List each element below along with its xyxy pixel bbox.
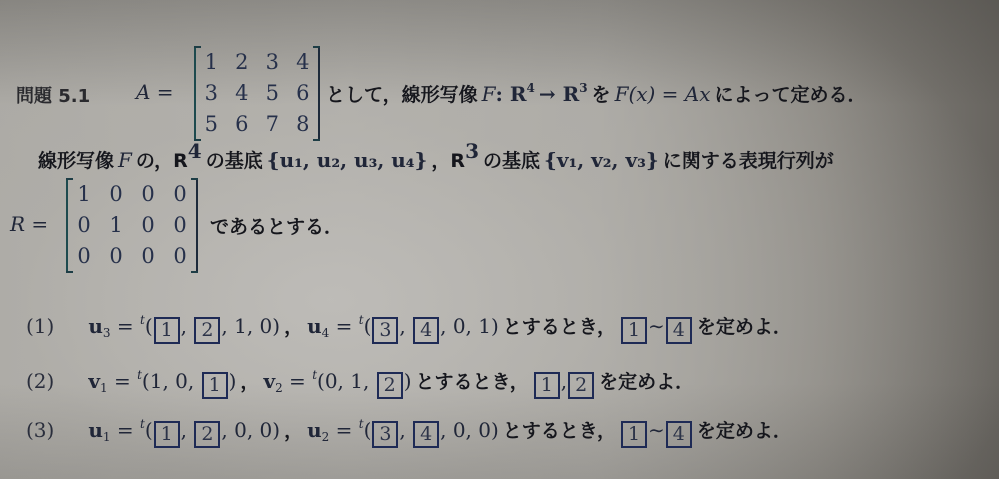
matrix-cell: 1 bbox=[68, 179, 100, 210]
vector-v1: v1 = t(1, 0, 1) bbox=[88, 369, 236, 393]
matrix-cell: 0 bbox=[164, 241, 196, 272]
answer-box-2[interactable]: 2 bbox=[377, 372, 403, 399]
matrix-cell: 6 bbox=[227, 109, 258, 140]
matrix-cell: 3 bbox=[257, 47, 288, 78]
matrix-cell: 0 bbox=[100, 241, 132, 272]
text-when: とするとき， bbox=[503, 420, 616, 442]
map-definition: F(x) = Ax bbox=[615, 82, 711, 106]
matrix-a-label: A = bbox=[136, 80, 174, 104]
basis-v: {v₁, v₂, v₃} bbox=[544, 148, 659, 172]
range-box-from: 1 bbox=[534, 372, 560, 399]
text-representation-matrix: に関する表現行列が bbox=[663, 150, 834, 172]
item-label: (3) bbox=[26, 418, 54, 442]
problem-heading: 問題 5.1 bbox=[16, 82, 90, 108]
matrix-cell: 2 bbox=[227, 47, 258, 78]
answer-box-3[interactable]: 3 bbox=[372, 317, 398, 344]
text-of-r4: の，R4 bbox=[136, 150, 202, 172]
answer-box-4[interactable]: 4 bbox=[413, 421, 439, 448]
matrix-cell: 0 bbox=[132, 241, 164, 272]
answer-box-2[interactable]: 2 bbox=[194, 317, 220, 344]
matrix-cell: 0 bbox=[68, 241, 100, 272]
text-toshite: として，線形写像 bbox=[326, 84, 478, 106]
matrix-cell: 4 bbox=[227, 78, 258, 109]
vector-v2: v2 = t(0, 1, 2) bbox=[263, 369, 411, 393]
matrix-cell: 6 bbox=[288, 78, 319, 109]
range-box-to: 4 bbox=[666, 317, 692, 344]
text-linear-map: 線形写像 bbox=[38, 150, 114, 172]
answer-box-1[interactable]: 1 bbox=[154, 317, 180, 344]
matrix-a-lhs: A = bbox=[136, 80, 174, 104]
vector-u1: u1 = t(1, 2, 0, 0) bbox=[88, 418, 280, 442]
matrix-r-label: R = bbox=[10, 212, 48, 236]
matrix-cell: 7 bbox=[257, 109, 288, 140]
matrix-cell: 1 bbox=[100, 210, 132, 241]
text-when: とするとき， bbox=[416, 371, 529, 393]
range-box-from: 1 bbox=[621, 421, 647, 448]
answer-box-2[interactable]: 2 bbox=[194, 421, 220, 448]
basis-u: {u₁, u₂, u₃, u₄} bbox=[267, 148, 428, 172]
text-when: とするとき， bbox=[503, 316, 616, 338]
item-label: (2) bbox=[26, 369, 54, 393]
matrix-cell: 0 bbox=[100, 179, 132, 210]
text-wo: を bbox=[592, 84, 611, 106]
range-box-from: 1 bbox=[621, 317, 647, 344]
answer-box-3[interactable]: 3 bbox=[372, 421, 398, 448]
item-3: (3) u1 = t(1, 2, 0, 0) ， u2 = t(3, 4, 0,… bbox=[26, 416, 792, 448]
range-box-to: 2 bbox=[568, 372, 594, 399]
map-name: F bbox=[118, 148, 132, 172]
map-codomain: → R3 bbox=[539, 82, 588, 106]
text-determine: を定めよ． bbox=[697, 420, 792, 442]
text-defined: によって定める． bbox=[715, 84, 867, 106]
answer-box-1[interactable]: 1 bbox=[154, 421, 180, 448]
line1-text: として，線形写像 F: R4 → R3 を F(x) = Ax によって定める． bbox=[326, 80, 867, 107]
range-comma: , bbox=[561, 369, 567, 393]
matrix-a: 123434565678 bbox=[194, 47, 320, 140]
matrix-cell: 5 bbox=[257, 78, 288, 109]
matrix-cell: 3 bbox=[196, 78, 227, 109]
matrix-cell: 4 bbox=[288, 47, 319, 78]
text-basis: の基底 bbox=[206, 150, 263, 172]
matrix-cell: 0 bbox=[68, 210, 100, 241]
text-r3: ，R3 bbox=[431, 150, 479, 172]
vector-u2: u2 = t(3, 4, 0, 0) bbox=[307, 418, 499, 442]
separator: ， bbox=[284, 316, 303, 338]
range-box-to: 4 bbox=[666, 421, 692, 448]
vector-u4: u4 = t(3, 4, 0, 1) bbox=[307, 314, 499, 338]
range-tilde: ∼ bbox=[648, 314, 665, 338]
matrix-cell: 0 bbox=[164, 210, 196, 241]
text-suppose: であるとする． bbox=[210, 212, 343, 239]
matrix-r: 100001000000 bbox=[66, 179, 198, 272]
text-determine: を定めよ． bbox=[599, 371, 694, 393]
matrix-cell: 0 bbox=[132, 210, 164, 241]
item-label: (1) bbox=[26, 314, 54, 338]
matrix-cell: 8 bbox=[288, 109, 319, 140]
matrix-cell: 0 bbox=[164, 179, 196, 210]
matrix-cell: 1 bbox=[196, 47, 227, 78]
line2-text: 線形写像 F の，R4 の基底 {u₁, u₂, u₃, u₄} ，R3 の基底… bbox=[38, 146, 834, 173]
vector-u3: u3 = t(1, 2, 1, 0) bbox=[88, 314, 280, 338]
answer-box-1[interactable]: 1 bbox=[202, 372, 228, 399]
map-domain: : R4 bbox=[496, 82, 535, 106]
item-2: (2) v1 = t(1, 0, 1) ， v2 = t(0, 1, 2) とす… bbox=[26, 367, 694, 399]
matrix-cell: 5 bbox=[196, 109, 227, 140]
text-determine: を定めよ． bbox=[697, 316, 792, 338]
range-tilde: ∼ bbox=[648, 418, 665, 442]
separator: ， bbox=[240, 371, 259, 393]
text-basis: の基底 bbox=[483, 150, 540, 172]
separator: ， bbox=[284, 420, 303, 442]
answer-box-4[interactable]: 4 bbox=[413, 317, 439, 344]
item-1: (1) u3 = t(1, 2, 1, 0) ， u4 = t(3, 4, 0,… bbox=[26, 312, 792, 344]
matrix-cell: 0 bbox=[132, 179, 164, 210]
map-name: F bbox=[482, 82, 496, 106]
